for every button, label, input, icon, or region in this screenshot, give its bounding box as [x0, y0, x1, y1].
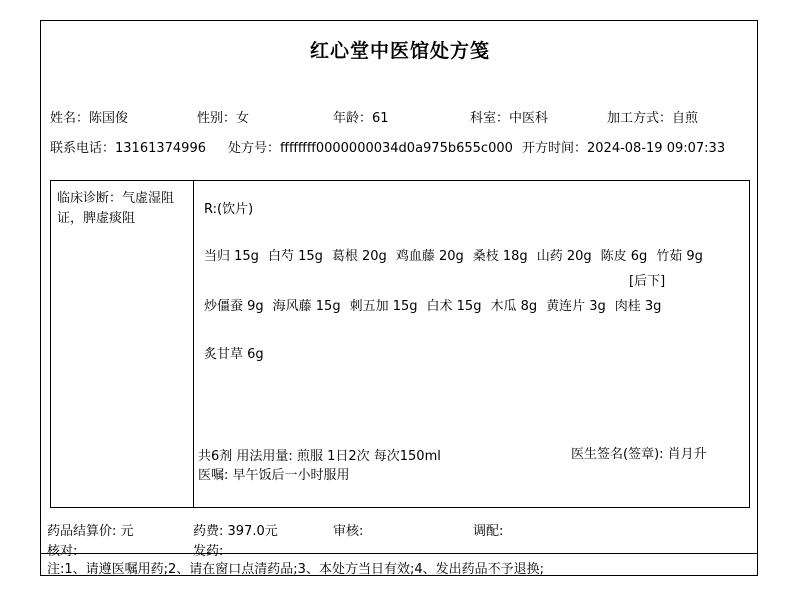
rx-panel: R:(饮片) 当归 15g白芍 15g葛根 20g鸡血藤 20g桑枝 18g山药… [194, 181, 749, 507]
prescription-number-label: 处方号： [228, 141, 280, 156]
patient-name-field: 姓名：陈国俊 [50, 107, 197, 126]
herb-item: 当归 15g [204, 249, 259, 264]
patient-age-field: 年龄：61 [333, 107, 470, 126]
phone-label: 联系电话： [50, 141, 115, 156]
remark-line: 医嘱: 早午饭后一小时服用 [198, 464, 350, 483]
herb-item: 肉桂 3g [615, 299, 662, 314]
herb-item: 黄连片 3g [546, 299, 606, 314]
patient-name-value: 陈国俊 [89, 111, 128, 126]
dispense-field: 发药: [193, 540, 223, 559]
note-line: 注:1、请遵医嘱用药;2、请在窗口点清药品;3、本处方当日有效;4、发出药品不予… [47, 558, 544, 577]
diagnosis-label: 临床诊断： [57, 191, 122, 206]
prescription-number-value: ffffffff0000000034d0a975b655c000 [280, 141, 513, 156]
processing-method-label: 加工方式： [607, 111, 672, 126]
phone-value: 13161374996 [115, 141, 206, 156]
issue-time-field: 开方时间：2024-08-19 09:07:33 [522, 137, 725, 156]
herb-item: 刺五加 15g [350, 299, 418, 314]
herb-item: 竹茹 9g [656, 249, 703, 264]
dose-count: 共6剂 [198, 449, 232, 464]
issue-time-value: 2024-08-19 09:07:33 [587, 141, 725, 156]
issue-time-label: 开方时间： [522, 141, 587, 156]
patient-name-label: 姓名： [50, 111, 89, 126]
audit-label: 审核: [333, 524, 363, 539]
herb-item: 山药 20g [537, 249, 592, 264]
prescription-page: 红心堂中医馆处方笺 姓名：陈国俊 性别：女 年龄：61 科室：中医科 加工方式：… [0, 0, 800, 600]
patient-info-row: 姓名：陈国俊 性别：女 年龄：61 科室：中医科 加工方式：自煎 [50, 107, 750, 126]
herb-list-3: 炙甘草 6g [204, 343, 273, 362]
prescription-body: 临床诊断：气虚湿阻证，脾虚痰阻 R:(饮片) 当归 15g白芍 15g葛根 20… [50, 180, 750, 508]
herb-list-1: 当归 15g白芍 15g葛根 20g鸡血藤 20g桑枝 18g山药 20g陈皮 … [204, 245, 712, 264]
herb-list-2: 炒僵蚕 9g海风藤 15g刺五加 15g白术 15g木瓜 8g黄连片 3g肉桂 … [204, 295, 670, 314]
check-field: 核对: [47, 540, 77, 559]
settlement-price-field: 药品结算价: 元 [47, 520, 134, 539]
patient-gender-value: 女 [236, 111, 249, 126]
herb-item: 木瓜 8g [490, 299, 537, 314]
herb-item: 鸡血藤 20g [396, 249, 464, 264]
patient-gender-field: 性别：女 [197, 107, 333, 126]
diagnosis-panel: 临床诊断：气虚湿阻证，脾虚痰阻 [51, 181, 194, 507]
department-value: 中医科 [509, 111, 548, 126]
herb-item: 白芍 15g [268, 249, 323, 264]
herb-item: 炙甘草 6g [204, 347, 264, 362]
settlement-price-label: 药品结算价: [47, 524, 116, 539]
herb-item: 陈皮 6g [601, 249, 648, 264]
doctor-signature-field: 医生签名(签章): 肖月升 [571, 445, 729, 464]
department-field: 科室：中医科 [470, 107, 607, 126]
herb-item: 炒僵蚕 9g [204, 299, 264, 314]
usage-line: 共6剂 用法用量: 煎服 1日2次 每次150ml [198, 445, 441, 464]
processing-method-field: 加工方式：自煎 [607, 107, 750, 126]
medicine-fee-value: 397.0元 [228, 524, 278, 539]
herb-item: 葛根 20g [332, 249, 387, 264]
phone-field: 联系电话：13161374996 [50, 137, 206, 156]
patient-age-value: 61 [372, 111, 389, 126]
settlement-price-value: 元 [121, 524, 134, 539]
page-title: 红心堂中医馆处方笺 [0, 36, 800, 63]
rx-header: R:(饮片) [204, 198, 253, 217]
herb-item: 海风藤 15g [273, 299, 341, 314]
usage-label: 用法用量: [236, 449, 292, 464]
patient-age-label: 年龄： [333, 111, 372, 126]
processing-method-value: 自煎 [672, 111, 698, 126]
footer-divider [41, 553, 757, 554]
usage-value: 煎服 1日2次 每次150ml [297, 449, 441, 464]
remark-value: 早午饭后一小时服用 [233, 468, 350, 483]
dispense-label: 发药: [193, 544, 223, 559]
medicine-fee-field: 药费: 397.0元 [193, 520, 278, 539]
check-label: 核对: [47, 544, 77, 559]
decoction-tag: [后下] [629, 270, 665, 289]
prescription-number-field: 处方号：ffffffff0000000034d0a975b655c000 [228, 137, 513, 156]
remark-label: 医嘱: [198, 468, 228, 483]
prepare-field: 调配: [473, 520, 503, 539]
doctor-signature-value: 肖月升 [668, 447, 707, 462]
medicine-fee-label: 药费: [193, 524, 223, 539]
department-label: 科室： [470, 111, 509, 126]
herb-item: 桑枝 18g [473, 249, 528, 264]
doctor-signature-label: 医生签名(签章): [571, 447, 664, 462]
audit-field: 审核: [333, 520, 363, 539]
herb-item: 白术 15g [427, 299, 482, 314]
prepare-label: 调配: [473, 524, 503, 539]
patient-gender-label: 性别： [197, 111, 236, 126]
